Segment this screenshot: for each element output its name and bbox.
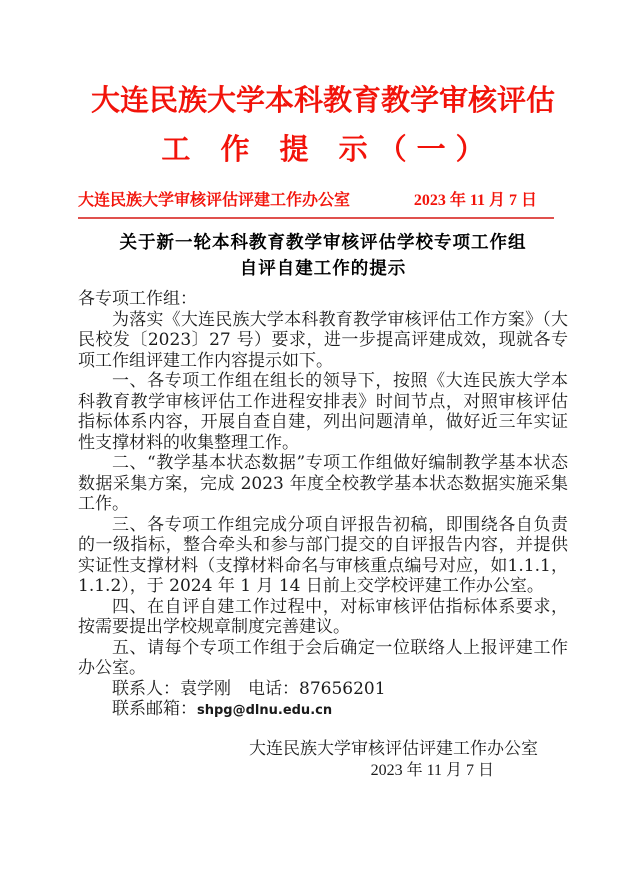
masthead-title-line2: 工 作 提 示（一） xyxy=(78,133,568,166)
salutation: 各专项工作组： xyxy=(78,289,568,310)
document-page: 大连民族大学本科教育教学审核评估 工 作 提 示（一） 大连民族大学审核评估评建… xyxy=(0,0,624,880)
paragraph-intro: 为落实《大连民族大学本科教育教学审核评估工作方案》（大民校发〔2023〕27 号… xyxy=(78,310,568,372)
subject-heading-line1: 关于新一轮本科教育教学审核评估学校专项工作组 xyxy=(78,230,568,256)
masthead-title-line1: 大连民族大学本科教育教学审核评估 xyxy=(78,84,568,117)
paragraph-item-5: 五、请每个专项工作组于会后确定一位联络人上报评建工作办公室。 xyxy=(78,638,568,679)
contact-email-label: 联系邮箱： xyxy=(112,699,197,719)
signature-block: 大连民族大学审核评估评建工作办公室 2023 年 11 月 7 日 xyxy=(78,738,568,782)
signature-date: 2023 年 11 月 7 日 xyxy=(78,760,568,782)
paragraph-item-2: 二、“教学基本状态数据”专项工作组做好编制教学基本状态数据采集方案，完成 202… xyxy=(78,453,568,515)
contact-email-address: shpg@dlnu.edu.cn xyxy=(197,703,332,718)
contact-email-line: 联系邮箱：shpg@dlnu.edu.cn xyxy=(78,699,568,722)
paragraph-item-3: 三、各专项工作组完成分项自评报告初稿，即围绕各自负责的一级指标，整合牵头和参与部… xyxy=(78,515,568,597)
paragraph-item-4: 四、在自评自建工作过程中，对标审核评估指标体系要求，按需要提出学校规章制度完善建… xyxy=(78,597,568,638)
document-body: 各专项工作组： 为落实《大连民族大学本科教育教学审核评估工作方案》（大民校发〔2… xyxy=(78,289,568,722)
subject-heading-line2: 自评自建工作的提示 xyxy=(78,256,568,282)
paragraph-item-1: 一、各专项工作组在组长的领导下，按照《大连民族大学本科教育教学审核评估工作进程安… xyxy=(78,371,568,453)
document-content: 大连民族大学本科教育教学审核评估 工 作 提 示（一） 大连民族大学审核评估评建… xyxy=(0,0,624,782)
contact-person-line: 联系人：袁学刚 电话：87656201 xyxy=(78,679,568,700)
red-divider-rule xyxy=(78,217,554,219)
issuing-office: 大连民族大学审核评估评建工作办公室 xyxy=(78,187,350,210)
masthead-issuer-row: 大连民族大学审核评估评建工作办公室 2023 年 11 月 7 日 xyxy=(78,187,568,210)
signature-office: 大连民族大学审核评估评建工作办公室 xyxy=(78,738,568,760)
masthead-date: 2023 年 11 月 7 日 xyxy=(414,187,537,210)
